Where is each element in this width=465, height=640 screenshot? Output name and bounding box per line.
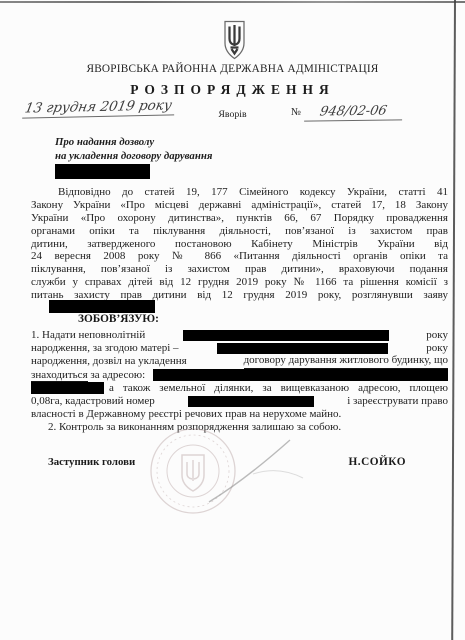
paragraph-line: України «Про охорону дитинства», пунктів… [31,212,448,225]
paragraph-line: служби у справах дітей від 12 грудня 201… [31,276,448,289]
signature-row: Заступник голови Н.СОЙКО [48,456,406,468]
scanned-document-page: ЯВОРІВСЬКА РАЙОННА ДЕРЖАВНА АДМІНІСТРАЦІ… [0,0,465,640]
item-line: знаходиться за адресою: [31,369,448,382]
item-text: знаходиться за адресою: [31,369,145,382]
handwritten-number: 948/02-06 [304,103,402,121]
ukraine-trident-emblem-icon [221,20,248,61]
obligate-heading: ЗОБОВ’ЯЗУЮ: [78,313,159,325]
redaction-bar [217,343,388,354]
item-line: власності в Державному реєстрі речових п… [31,408,448,421]
underlined-text: знаходиться [31,369,88,383]
paragraph-line: органами опіки та піклування діяльності,… [31,225,448,238]
document-type-title: РОЗПОРЯДЖЕННЯ [0,82,465,98]
item-text: народження, дозвіл на укладення [31,355,187,368]
number-sign-label: № [291,107,301,118]
scan-edge-top [0,1,465,3]
item-text: а також земельної ділянки, за вищевказан… [109,382,448,395]
document-number: № 948/02-06 [291,104,402,121]
redaction-bar [183,330,389,341]
order-item-1: 1. Надати неповнолітній року народження,… [31,329,448,435]
organization-name: ЯВОРІВСЬКА РАЙОННА ДЕРЖАВНА АДМІНІСТРАЦІ… [0,63,465,75]
signer-title: Заступник голови [48,456,135,468]
signer-name: Н.СОЙКО [348,456,406,468]
item-text: року [426,329,448,342]
subject-line-1: Про надання дозволу [55,136,212,150]
redaction-bar [49,300,155,313]
item-text: 0,08га, кадастровий номер [31,395,155,408]
item-line: 0,08га, кадастровий номер і зареєструват… [31,395,448,408]
subject-block: Про надання дозволу на укладення договор… [55,136,212,163]
paragraph-line: Закону України «Про місцеві державні адм… [31,199,448,212]
item-text: народження, за згодою матері – [31,342,179,355]
item-line: а також земельної ділянки, за вищевказан… [31,382,448,395]
subject-line-2: на укладення договору дарування [55,150,212,164]
main-paragraph: Відповідно до статей 19, 177 Сімейного к… [31,186,448,302]
item-text: 1. Надати неповнолітній [31,329,145,342]
redaction-bar [153,369,448,381]
redaction-bar [31,382,104,394]
redaction-bar [188,396,314,407]
paragraph-line: піклування, пов’язаної із захистом прав … [31,263,448,276]
underlined-text: договору дарування житлового будинку, що [244,354,448,369]
item-line: 1. Надати неповнолітній року [31,329,448,342]
item-text: і зареєструвати право [347,395,448,408]
paragraph-line: дитини, затвердженого постановою Кабінет… [31,238,448,251]
paragraph-line: Відповідно до статей 19, 177 Сімейного к… [31,186,448,199]
paragraph-line: 24 вересня 2008 року № 866 «Питання діял… [31,250,448,263]
item-line: народження, дозвіл на укладення договору… [31,355,448,368]
signature-pen-stroke [195,428,330,513]
redaction-bar [55,164,150,179]
